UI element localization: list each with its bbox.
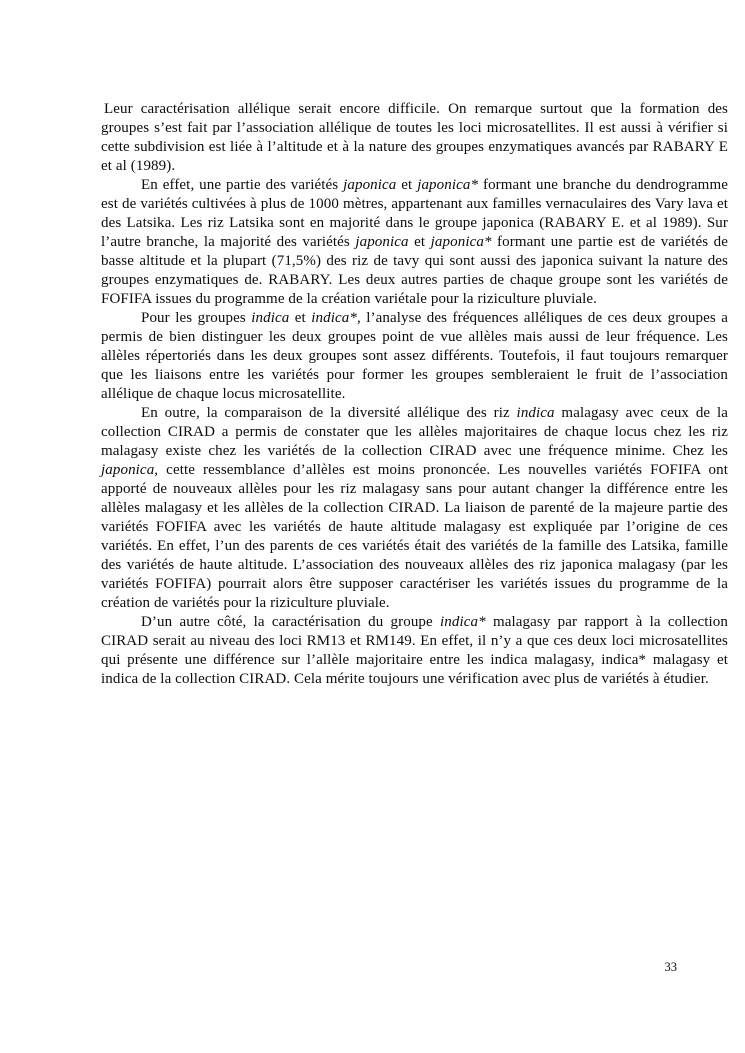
text-run: En effet, une partie des variétés <box>141 177 343 193</box>
paragraph: En outre, la comparaison de la diversité… <box>101 404 728 613</box>
text-run: et <box>289 310 311 326</box>
italic-term: japonica <box>355 234 408 250</box>
italic-term: japonica* <box>431 234 492 250</box>
italic-term: indica* <box>440 614 486 630</box>
italic-term: japonica* <box>417 177 478 193</box>
text-run: D’un autre côté, la caractérisation du g… <box>141 614 440 630</box>
body-text: Leur caractérisation allélique serait en… <box>101 100 728 689</box>
text-run: En outre, la comparaison de la diversité… <box>141 405 517 421</box>
text-run: et <box>396 177 417 193</box>
italic-term: indica* <box>311 310 357 326</box>
italic-term: indica <box>251 310 289 326</box>
italic-term: japonica <box>101 462 154 478</box>
paragraph: Leur caractérisation allélique serait en… <box>101 100 728 176</box>
text-run: et <box>409 234 431 250</box>
text-run: Leur caractérisation allélique serait en… <box>101 101 728 174</box>
paragraph: Pour les groupes indica et indica*, l’an… <box>101 309 728 404</box>
italic-term: indica <box>517 405 555 421</box>
italic-term: japonica <box>343 177 396 193</box>
paragraph: En effet, une partie des variétés japoni… <box>101 176 728 309</box>
document-page: Leur caractérisation allélique serait en… <box>0 0 745 1053</box>
text-run: , cette ressemblance d’allèles est moins… <box>101 462 728 611</box>
page-number: 33 <box>665 960 678 975</box>
text-run: Pour les groupes <box>141 310 251 326</box>
paragraph: D’un autre côté, la caractérisation du g… <box>101 613 728 689</box>
